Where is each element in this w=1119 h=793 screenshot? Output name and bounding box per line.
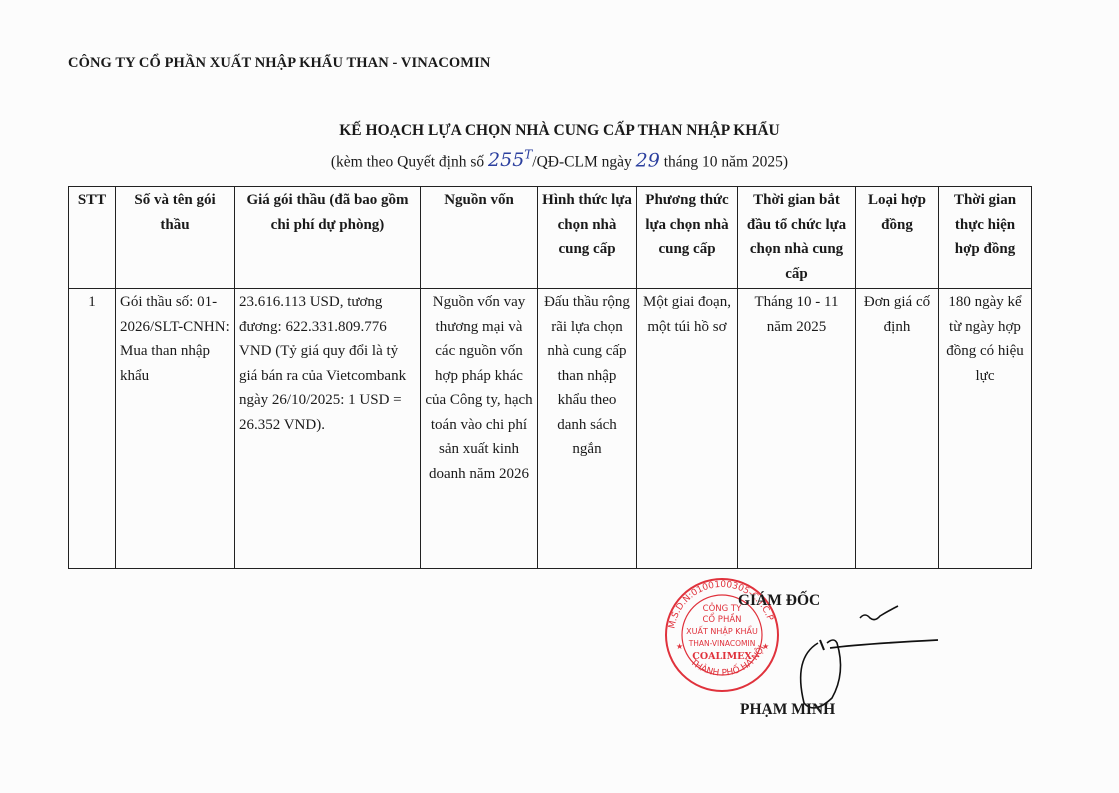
cell-funding: Nguồn vốn vay thương mại và các nguồn vố…	[421, 289, 538, 569]
svg-text:XUẤT NHẬP KHẨU: XUẤT NHẬP KHẨU	[686, 624, 758, 637]
table-header-row: STT Số và tên gói thầu Giá gói thầu (đã …	[69, 187, 1032, 289]
cell-package: Gói thầu số: 01-2026/SLT-CNHN: Mua than …	[116, 289, 235, 569]
signer-title: GIÁM ĐỐC	[738, 592, 820, 610]
subtitle-suffix: tháng 10 năm 2025)	[664, 153, 788, 170]
header-start-time: Thời gian bắt đầu tổ chức lựa chọn nhà c…	[738, 187, 856, 289]
header-contract-type: Loại hợp đồng	[856, 187, 939, 289]
subtitle-mid: /QĐ-CLM ngày	[532, 153, 631, 170]
document-title: KẾ HOẠCH LỰA CHỌN NHÀ CUNG CẤP THAN NHẬP…	[0, 122, 1119, 140]
subtitle-prefix: (kèm theo Quyết định số	[331, 153, 484, 170]
handwritten-day: 29	[636, 149, 660, 171]
svg-text:THAN-VINACOMIN: THAN-VINACOMIN	[688, 639, 756, 648]
cell-stt: 1	[69, 289, 116, 569]
cell-price: 23.616.113 USD, tương đương: 622.331.809…	[235, 289, 421, 569]
table-row: 1 Gói thầu số: 01-2026/SLT-CNHN: Mua tha…	[69, 289, 1032, 569]
header-funding: Nguồn vốn	[421, 187, 538, 289]
header-selection-method: Phương thức lựa chọn nhà cung cấp	[637, 187, 738, 289]
header-stt: STT	[69, 187, 116, 289]
cell-selection-form: Đấu thầu rộng rãi lựa chọn nhà cung cấp …	[538, 289, 637, 569]
handwritten-decision-number: 255T	[488, 149, 532, 171]
svg-text:COALIMEX: COALIMEX	[692, 651, 752, 662]
svg-text:★: ★	[676, 642, 683, 651]
signer-name: PHẠM MINH	[740, 701, 835, 719]
header-duration: Thời gian thực hiện hợp đồng	[939, 187, 1032, 289]
cell-contract-type: Đơn giá cố định	[856, 289, 939, 569]
svg-text:★: ★	[762, 642, 769, 651]
header-selection-form: Hình thức lựa chọn nhà cung cấp	[538, 187, 637, 289]
header-package: Số và tên gói thầu	[116, 187, 235, 289]
svg-text:CÔNG TY: CÔNG TY	[703, 602, 742, 614]
cell-start-time: Tháng 10 - 11 năm 2025	[738, 289, 856, 569]
cell-selection-method: Một giai đoạn, một túi hồ sơ	[637, 289, 738, 569]
cell-duration: 180 ngày kể từ ngày hợp đồng có hiệu lực	[939, 289, 1032, 569]
company-name: CÔNG TY CỔ PHẦN XUẤT NHẬP KHẨU THAN - VI…	[68, 55, 490, 72]
header-price: Giá gói thầu (đã bao gồm chi phí dự phòn…	[235, 187, 421, 289]
procurement-plan-table: STT Số và tên gói thầu Giá gói thầu (đã …	[68, 186, 1032, 569]
document-subtitle: (kèm theo Quyết định số 255T/QĐ-CLM ngày…	[0, 148, 1119, 171]
